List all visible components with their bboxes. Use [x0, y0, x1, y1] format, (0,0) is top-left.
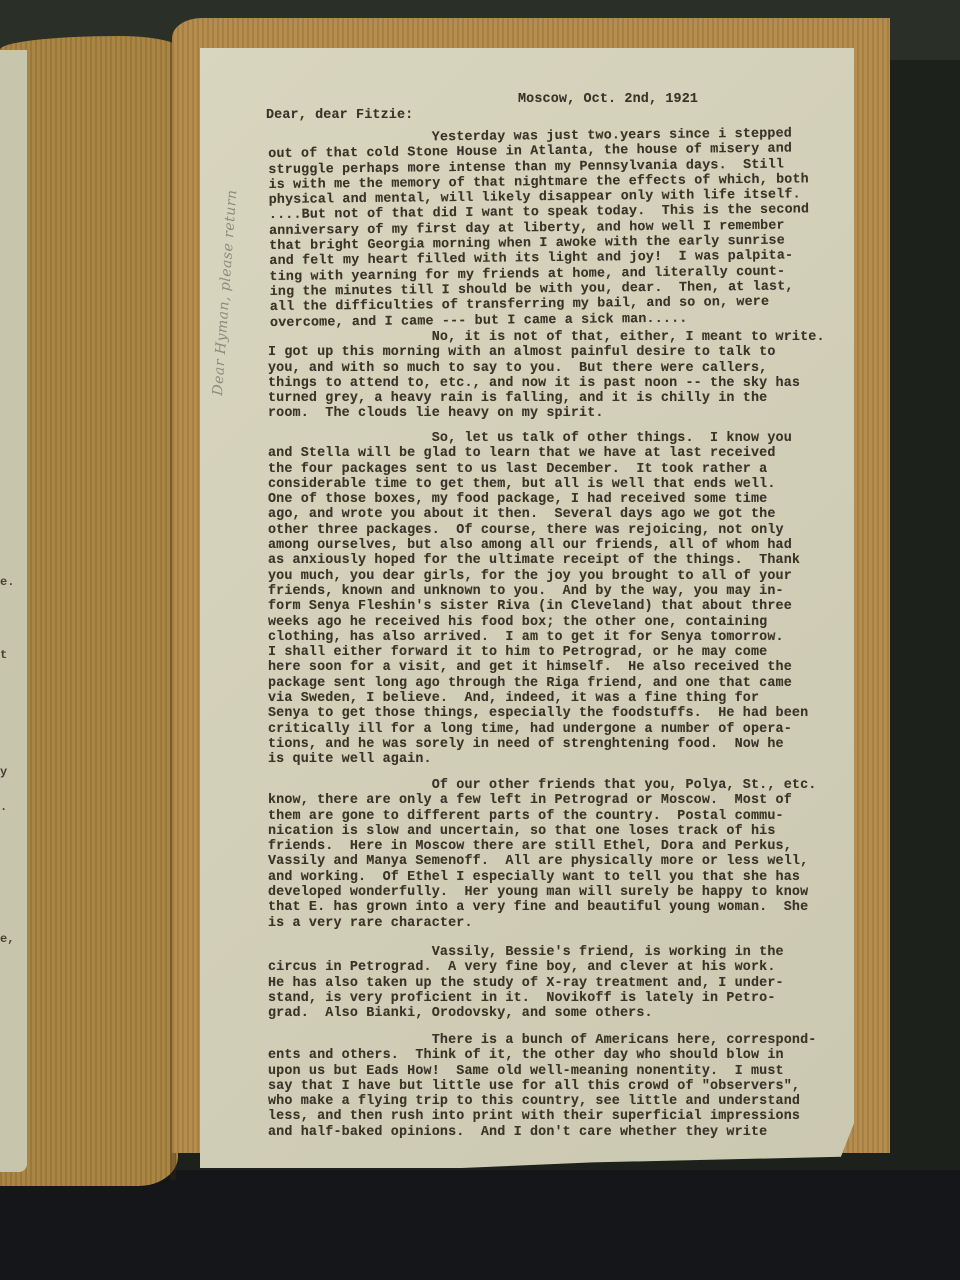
typed-line: you much, you dear girls, for the joy yo… [268, 569, 808, 584]
typed-line: via Sweden, I believe. And, indeed, it w… [268, 691, 808, 706]
typed-line: developed wonderfully. Her young man wil… [268, 885, 816, 900]
typed-line: There is a bunch of Americans here, corr… [268, 1033, 816, 1048]
typed-line: tions, and he was sorely in need of stre… [268, 737, 808, 752]
typed-line: Vassily and Manya Semenoff. All are phys… [268, 854, 816, 869]
typed-line: upon us but Eads How! Same old well-mean… [268, 1064, 816, 1079]
typed-line: nication is slow and uncertain, so that … [268, 824, 816, 839]
typed-line: know, there are only a few left in Petro… [268, 793, 816, 808]
typed-line: No, it is not of that, either, I meant t… [268, 330, 825, 345]
left-page-fragment: t [0, 648, 7, 662]
typed-line: here soon for a visit, and get it himsel… [268, 660, 808, 675]
typed-line: who make a flying trip to this country, … [268, 1094, 816, 1109]
left-page-fragment: e, [0, 932, 14, 946]
typed-line: ents and others. Think of it, the other … [268, 1048, 816, 1063]
typed-line: other three packages. Of course, there w… [268, 523, 808, 538]
typed-line: things to attend to, etc., and now it is… [268, 376, 825, 391]
typed-line: that E. has grown into a very fine and b… [268, 900, 816, 915]
typed-line: grad. Also Bianki, Orodovsky, and some o… [268, 1006, 784, 1021]
left-page-fragment: e. [0, 575, 14, 589]
letter-dateline: Moscow, Oct. 2nd, 1921 [518, 92, 698, 107]
typed-line: room. The clouds lie heavy on my spirit. [268, 406, 825, 421]
typed-line: I shall either forward it to him to Petr… [268, 645, 808, 660]
typed-line: you, and with so much to say to you. But… [268, 361, 825, 376]
typed-line: package sent long ago through the Riga f… [268, 676, 808, 691]
typed-line: ago, and wrote you about it then. Severa… [268, 507, 808, 522]
typed-line: among ourselves, but also among all our … [268, 538, 808, 553]
typed-line: I got up this morning with an almost pai… [268, 345, 825, 360]
typed-line: as anxiously hoped for the ultimate rece… [268, 553, 808, 568]
typed-line: form Senya Fleshin's sister Riva (in Cle… [268, 599, 808, 614]
left-page-fragment: . [0, 800, 7, 814]
letter-salutation: Dear, dear Fitzie: [266, 108, 413, 123]
typed-line: Vassily, Bessie's friend, is working in … [268, 945, 784, 960]
paragraph-2: No, it is not of that, either, I meant t… [268, 330, 825, 422]
typed-line: Of our other friends that you, Polya, St… [268, 778, 816, 793]
typed-line: say that I have but little use for all t… [268, 1079, 816, 1094]
typed-line: and working. Of Ethel I especially want … [268, 870, 816, 885]
paragraph-5: Vassily, Bessie's friend, is working in … [268, 945, 784, 1021]
typed-line: weeks ago he received his food box; the … [268, 615, 808, 630]
typed-line: friends, known and unknown to you. And b… [268, 584, 808, 599]
typed-line: friends. Here in Moscow there are still … [268, 839, 816, 854]
paragraph-3: So, let us talk of other things. I know … [268, 431, 808, 768]
typed-line: Senya to get those things, especially th… [268, 706, 808, 721]
typed-line: the four packages sent to us last Decemb… [268, 462, 808, 477]
typed-line: and half-baked opinions. And I don't car… [268, 1125, 816, 1140]
background-bottom [0, 1170, 960, 1280]
typed-line: less, and then rush into print with thei… [268, 1109, 816, 1124]
typed-line: One of those boxes, my food package, I h… [268, 492, 808, 507]
typed-line: turned grey, a heavy rain is falling, an… [268, 391, 825, 406]
typed-line: He has also taken up the study of X-ray … [268, 976, 784, 991]
typed-line: considerable time to get them, but all i… [268, 477, 808, 492]
typed-line: is a very rare character. [268, 916, 816, 931]
paragraph-4: Of our other friends that you, Polya, St… [268, 778, 816, 931]
typed-line: So, let us talk of other things. I know … [268, 431, 808, 446]
typed-line: them are gone to different parts of the … [268, 809, 816, 824]
typed-line: stand, is very proficient in it. Novikof… [268, 991, 784, 1006]
typed-line: clothing, has also arrived. I am to get … [268, 630, 808, 645]
paragraph-1: Yesterday was just two.years since i ste… [268, 126, 810, 331]
typed-line: is quite well again. [268, 752, 808, 767]
left-page-fragment: y [0, 765, 7, 779]
typed-line: critically ill for a long time, had unde… [268, 722, 808, 737]
typed-line: circus in Petrograd. A very fine boy, an… [268, 960, 784, 975]
left-page-edge: e.ty.e, [0, 50, 27, 1172]
typed-line: and Stella will be glad to learn that we… [268, 446, 808, 461]
paragraph-6: There is a bunch of Americans here, corr… [268, 1033, 816, 1140]
